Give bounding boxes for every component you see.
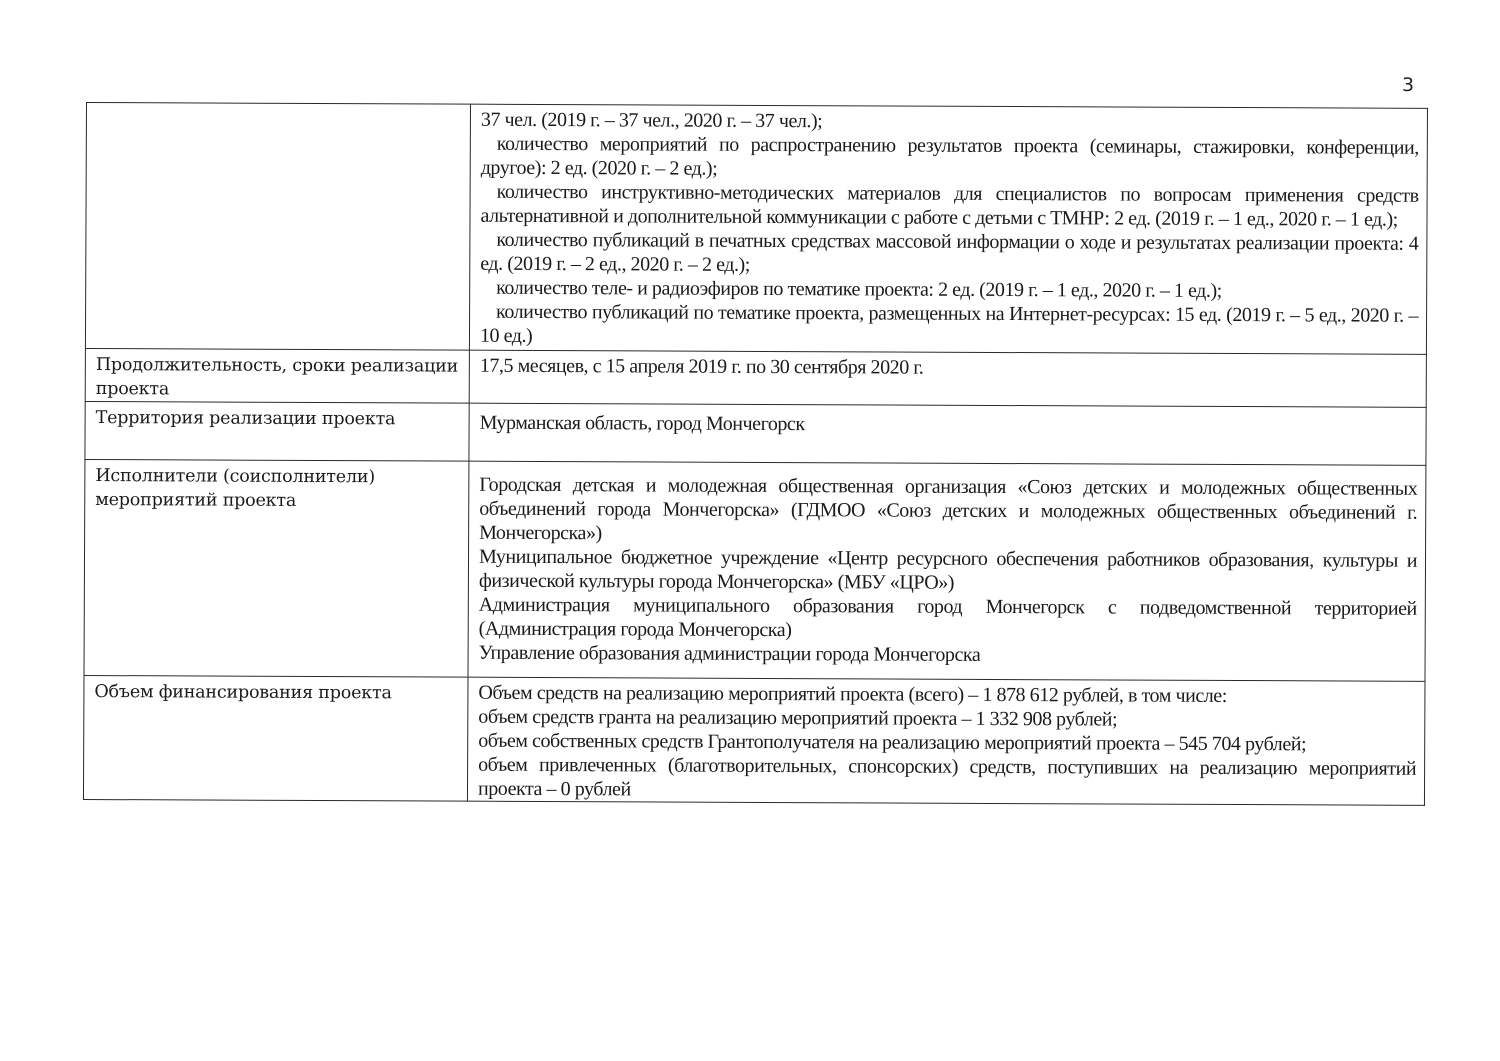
indicator-dissemination-events: количество мероприятий по распространени… — [481, 132, 1419, 184]
row-label: Территория реализации проекта — [85, 401, 469, 461]
table-row-finance: Объем финансирования проекта Объем средс… — [83, 675, 1425, 805]
indicator-print-publications: количество публикаций в печатных средств… — [480, 228, 1418, 280]
duration-text: 17,5 месяцев, с 15 апреля 2019 г. по 30 … — [480, 354, 1418, 382]
indicator-internet-publications: количество публикаций по тематике проект… — [480, 300, 1418, 352]
table-row-territory: Территория реализации проекта Мурманская… — [85, 401, 1426, 465]
page-number: 3 — [1402, 74, 1414, 96]
row-label: Исполнители (соисполнители) мероприятий … — [84, 459, 469, 677]
territory-text: Мурманская область, город Мончегорск — [480, 411, 1418, 439]
row-label: Объем финансирования проекта — [83, 675, 468, 801]
row-value: Городская детская и молодежная обществен… — [468, 461, 1426, 681]
row-value: Объем средств на реализацию мероприятий … — [467, 677, 1425, 805]
row-label — [85, 103, 470, 351]
executor-administration: Администрация муниципального образования… — [479, 593, 1417, 645]
row-value: 17,5 месяцев, с 15 апреля 2019 г. по 30 … — [469, 350, 1426, 407]
executor-mbu-tsro: Муниципальное бюджетное учреждение «Цент… — [479, 545, 1417, 597]
table-row-indicators: 37 чел. (2019 г. – 37 чел., 2020 г. – 37… — [85, 103, 1427, 355]
finance-attracted-funds: объем привлеченных (благотворительных, с… — [478, 753, 1416, 805]
table-row-executors: Исполнители (соисполнители) мероприятий … — [84, 459, 1426, 681]
row-value: Мурманская область, город Мончегорск — [469, 403, 1426, 465]
indicator-methodical-materials: количество инструктивно-методических мат… — [480, 180, 1418, 232]
row-value: 37 чел. (2019 г. – 37 чел., 2020 г. – 37… — [469, 104, 1427, 354]
project-passport-table: 37 чел. (2019 г. – 37 чел., 2020 г. – 37… — [83, 102, 1428, 806]
executor-education-department: Управление образования администрации гор… — [479, 641, 1417, 669]
table-row-duration: Продолжительность, сроки реализации прое… — [85, 348, 1426, 407]
row-label: Продолжительность, сроки реализации прое… — [85, 348, 469, 403]
executor-gdmoo: Городская детская и молодежная обществен… — [479, 473, 1417, 549]
